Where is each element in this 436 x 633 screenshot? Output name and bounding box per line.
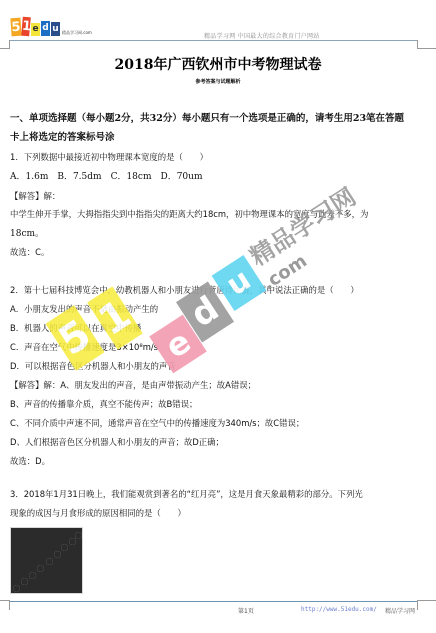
question-2-choice: 故选：D。 [10,455,50,467]
question-1-stem: 1．下列数据中最接近初中物理课本宽度的是（ ） [10,151,208,163]
question-2-option-c: C．声音在空气中传播速度是3×10⁸m/s [10,341,158,353]
header-divider [10,40,417,41]
logo-letter-d: d [41,21,50,36]
section-heading: 一、单项选择题（每小题2分，共32分）每小题只有一个选项是正确的，请考生用23笔… [10,113,404,125]
footer-link[interactable]: http://www.51edu.com/ [301,606,377,613]
document-page: 5 1 e d u 精品学习网.com 精品学习网 中国最大的综合教育门户网站 … [0,0,436,633]
question-2-option-a: A．小朋友发出的声音不是由振动产生的 [10,303,158,315]
logo-digit-5: 5 [10,18,21,37]
watermark-text: 精品学习网 [233,175,373,279]
moon-phase-icon [75,532,82,539]
logo-letter-e: e [31,23,40,36]
question-2-option-d: D．可以根据音色区分机器人和小朋友的声音 [10,360,176,372]
question-2-option-b: B．机器人的声音可以在真空中传播 [10,322,141,334]
document-title: 2018年广西钦州市中考物理试卷 [0,54,436,74]
moon-phase-icon [54,551,61,558]
question-2-explanation-b: B、声音的传播靠介质，真空不能传声；故B错误； [10,398,197,410]
moon-phase-icon [13,585,20,592]
question-1-choice: 故选：C。 [10,246,49,258]
moon-phase-icon [69,538,76,545]
margin-corner-bottom-right [417,600,436,610]
section-heading-cont: 卡上将选定的答案标号涂 [10,132,115,144]
question-2-stem: 2．第十七届科技博览会中，幼教机器人和小朋友进行背唐诗比赛，其中说法正确的是（ … [10,284,359,296]
moon-phase-icon [21,578,28,585]
margin-corner-top-left [0,40,10,49]
logo-tagline: 精品学习网.com [62,30,92,36]
question-1-options: A．1.6m B．7.5dm C．18cm D．70um [10,171,202,183]
question-3-stem: 3．2018年1月31日晚上，我们能观赏到著名的“红月亮”，这是月食天象最精彩的… [10,488,363,500]
moon-phase-icon [29,572,36,579]
question-3-stem-cont: 现象的成因与月食形成的原因相同的是（ ） [10,507,186,519]
moon-phase-icon [61,544,68,551]
page-number: 第1页 [238,606,254,615]
question-1-answer-label: 【解答】解： [10,190,60,202]
header-slogan: 精品学习网 中国最大的综合教育门户网站 [204,31,320,40]
question-2-answer-label: 【解答】解：A、朋友发出的声音，是由声带振动产生；故A错误； [10,379,256,391]
watermark-tile-u: u [212,255,267,311]
footer-divider [10,601,417,602]
question-1-explanation: 中学生伸开手掌，大拇指指尖到中指指尖的距离大约18cm，初中物理课本的宽度与此差… [10,208,368,220]
question-2-explanation-d: D、人们根据音色区分机器人和小朋友的声音；故D正确； [10,436,224,448]
site-logo[interactable]: 5 1 e d u 精品学习网.com [11,14,92,36]
footer-brand: 精品学习网 [385,606,415,615]
moon-phase-icon [46,558,53,565]
margin-corner-top-right [417,40,436,49]
moon-phase-icon [37,565,44,572]
logo-digit-1: 1 [21,17,31,37]
lunar-eclipse-image [10,527,83,594]
question-2-explanation-c: C、不同介质中声速不同，通常声音在空气中的传播速度为340m/s；故C错误； [10,417,304,429]
margin-corner-bottom-left [0,600,10,610]
question-1-explanation-cont: 18cm。 [10,228,44,240]
logo-letter-u: u [51,22,60,36]
document-subtitle: 参考答案与试题解析 [0,78,436,85]
